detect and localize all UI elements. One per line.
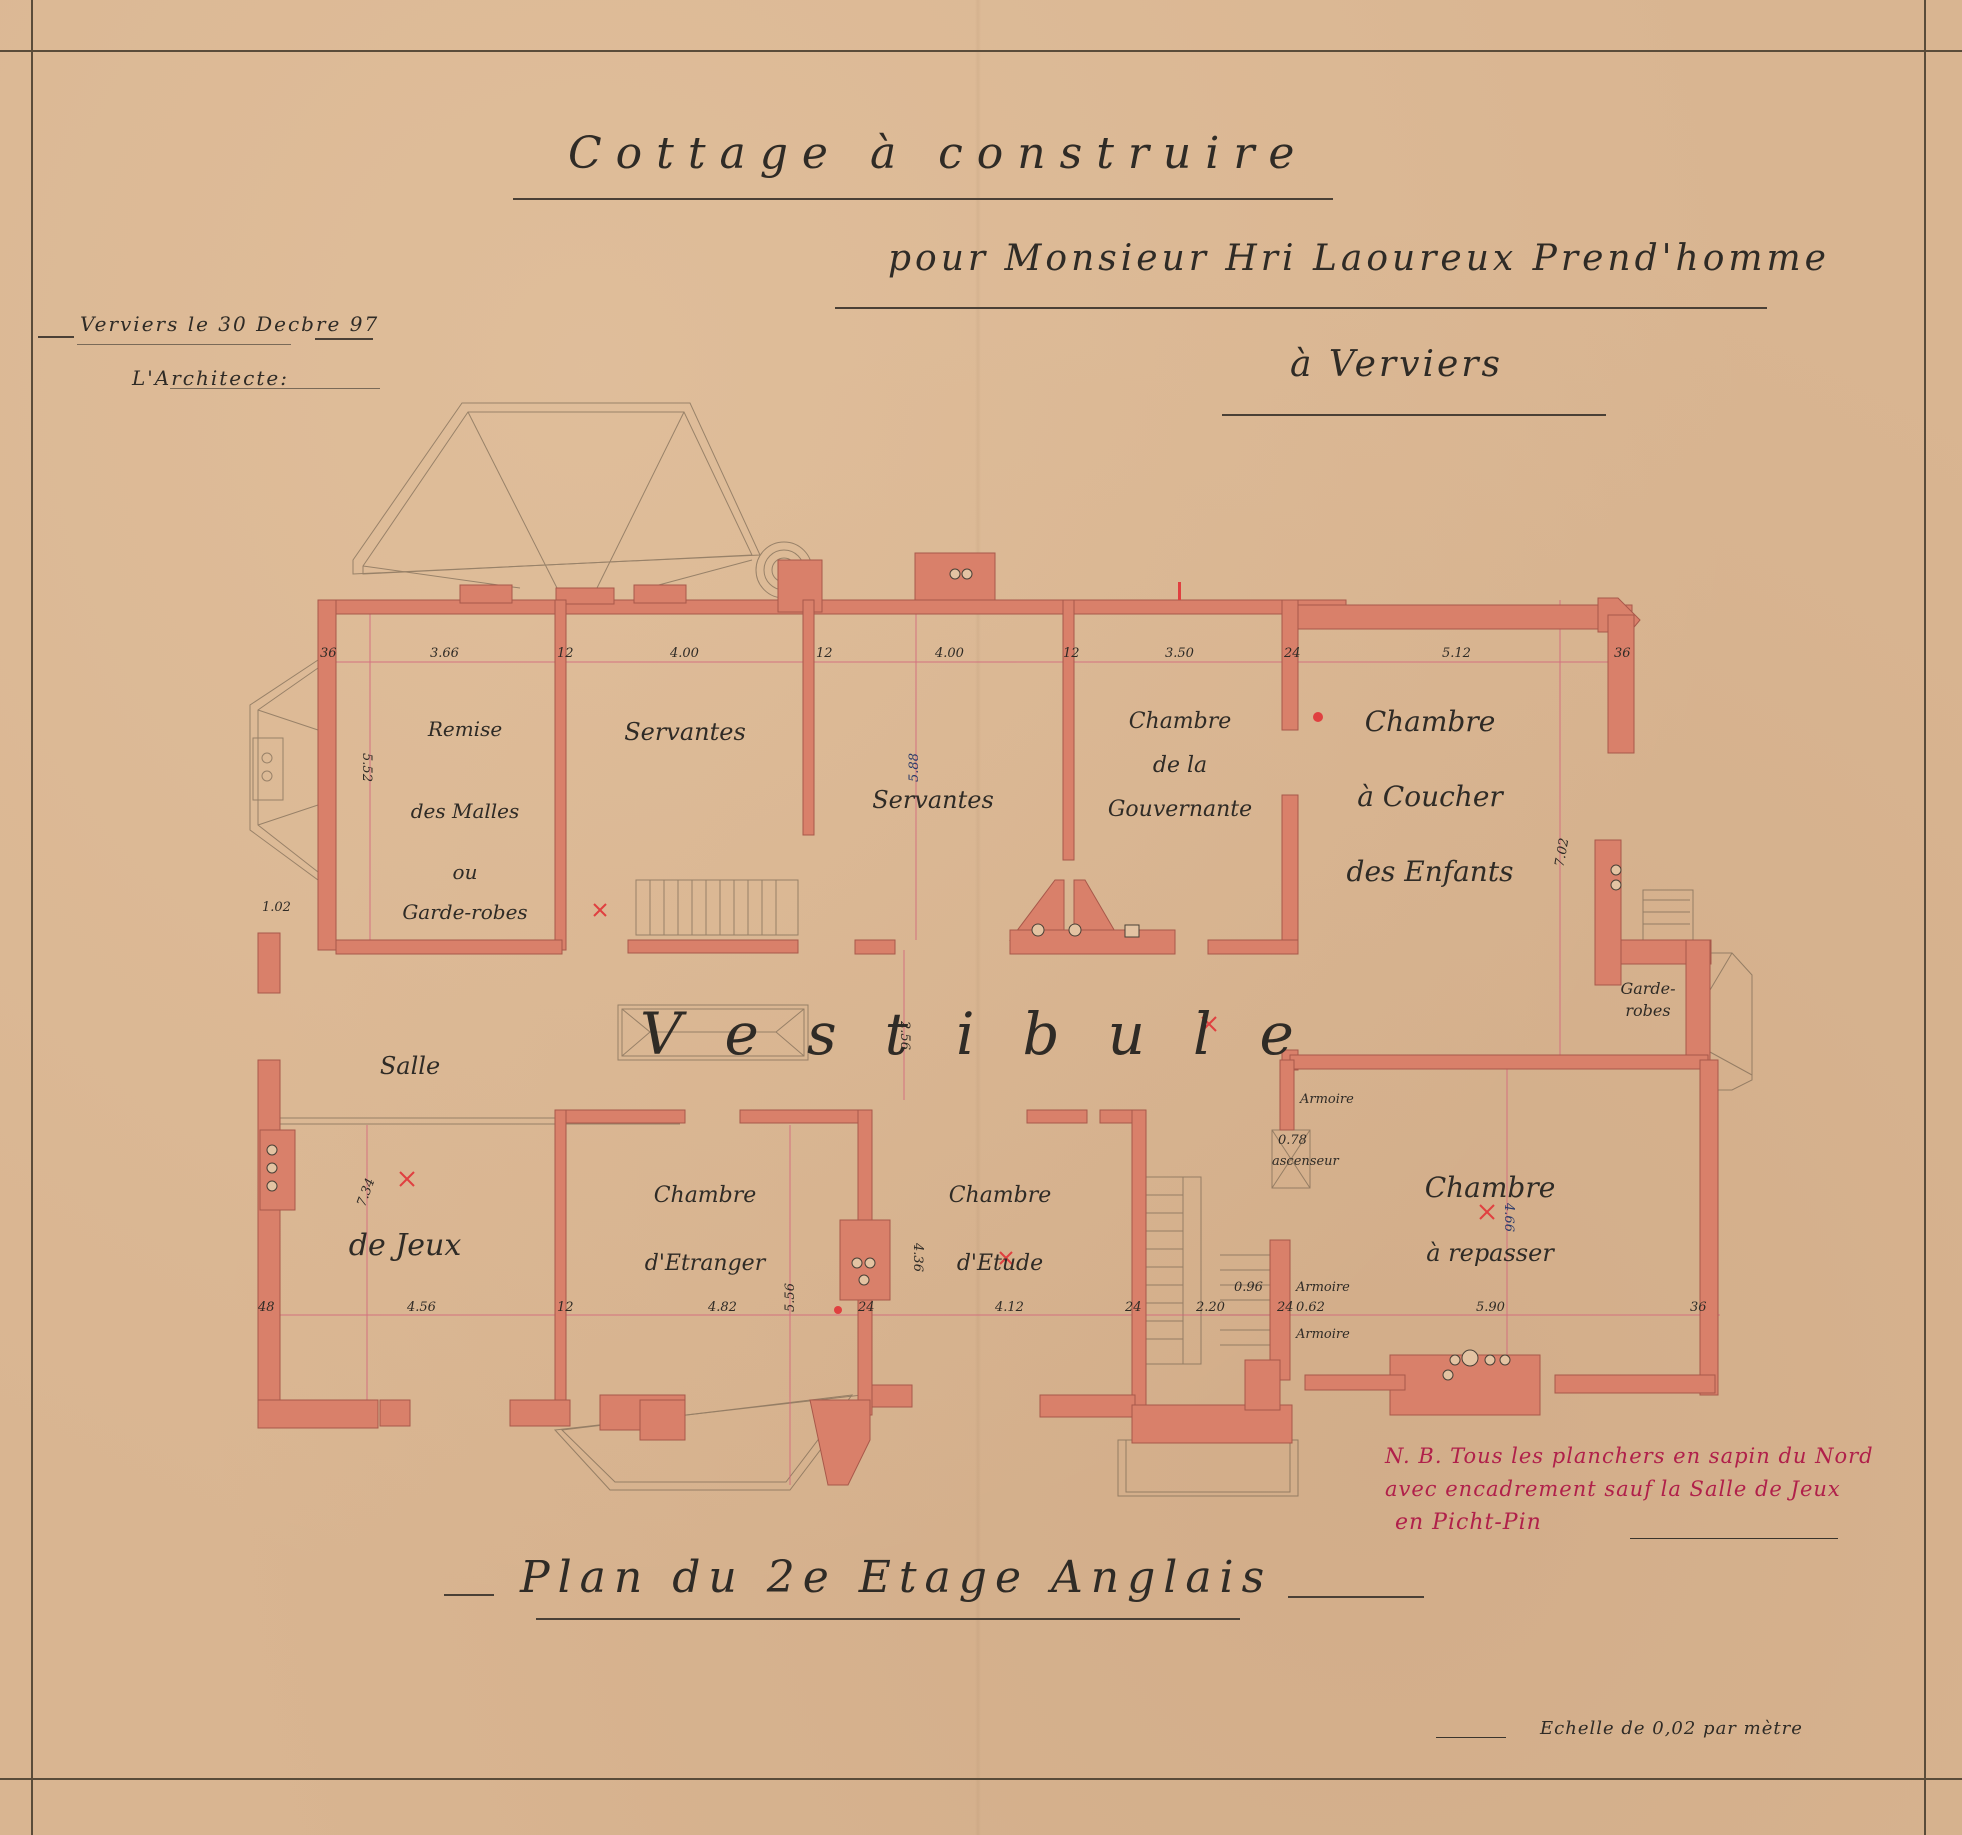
note-line-2: avec encadrement sauf la Salle de Jeux bbox=[1385, 1477, 1841, 1501]
dim-bottom-1: 4.56 bbox=[407, 1300, 436, 1315]
room-label-etude: Chambre d'Etude bbox=[915, 1178, 1085, 1314]
room-label-jeux: de Jeux bbox=[330, 1228, 480, 1263]
room-label-line: Chambre bbox=[1320, 702, 1540, 742]
room-label-garde-robes: Garde- robes bbox=[1618, 978, 1678, 1022]
dim-top-0: 36 bbox=[320, 646, 337, 661]
room-label-gouvernante: Chambre de la Gouvernante bbox=[1090, 700, 1270, 832]
dim-top-2: 12 bbox=[557, 646, 574, 661]
dim-vertical-etranger: 5.56 bbox=[783, 1283, 798, 1312]
dim-bottom-9: 0.62 bbox=[1296, 1300, 1325, 1315]
dim-bottom-2: 12 bbox=[557, 1300, 574, 1315]
room-label-line: Garde- bbox=[1618, 978, 1678, 1000]
dim-bottom-3: 4.82 bbox=[708, 1300, 737, 1315]
dim-misc-bay: 1.02 bbox=[262, 900, 291, 915]
scale-note: Echelle de 0,02 par mètre bbox=[1540, 1718, 1803, 1739]
label-armoire-2: Armoire bbox=[1296, 1280, 1350, 1295]
room-label-line: d'Etranger bbox=[620, 1214, 790, 1314]
dim-top-8: 24 bbox=[1284, 646, 1301, 661]
room-label-enfants: Chambre à Coucher des Enfants bbox=[1320, 702, 1540, 892]
room-label-line: des Enfants bbox=[1320, 852, 1540, 892]
room-label-vestibule: Vestibule bbox=[640, 1000, 1280, 1068]
dim-bottom-10: 5.90 bbox=[1476, 1300, 1505, 1315]
dim-top-3: 4.00 bbox=[670, 646, 699, 661]
note-line-3: en Picht-Pin bbox=[1395, 1510, 1542, 1535]
room-label-line: Chambre bbox=[915, 1178, 1085, 1214]
dim-top-5: 4.00 bbox=[935, 646, 964, 661]
room-label-remise: Remise des Malles ou Garde-robes bbox=[370, 688, 560, 932]
room-label-line: à repasser bbox=[1390, 1208, 1590, 1298]
dim-vertical-vestibule: 2.56 bbox=[897, 1021, 912, 1050]
dim-top-10: 36 bbox=[1614, 646, 1631, 661]
plan-title-rule-left bbox=[444, 1594, 494, 1596]
room-label-repasser: Chambre à repasser bbox=[1390, 1168, 1590, 1298]
dim-misc-stair: 0.96 bbox=[1234, 1280, 1263, 1295]
scale-rule bbox=[1436, 1737, 1506, 1738]
room-label-line: Remise bbox=[370, 688, 560, 770]
room-label-line: des Malles bbox=[370, 770, 560, 852]
note-line-1: N. B. Tous les planchers en sapin du Nor… bbox=[1385, 1444, 1874, 1468]
room-label-servantes-1: Servantes bbox=[620, 718, 750, 746]
room-label-line: à Coucher bbox=[1320, 742, 1540, 852]
room-label-line: Garde-robes bbox=[370, 892, 560, 932]
dim-bottom-6: 24 bbox=[1125, 1300, 1142, 1315]
room-label-line: Chambre bbox=[620, 1178, 790, 1214]
room-label-line: Gouvernante bbox=[1090, 788, 1270, 832]
room-label-servantes-2: Servantes bbox=[858, 786, 1008, 814]
label-armoire-1: Armoire bbox=[1300, 1092, 1354, 1107]
dim-bottom-8: 24 bbox=[1277, 1300, 1294, 1315]
dim-vertical-servantes: 5.88 bbox=[907, 753, 922, 782]
dim-top-7: 3.50 bbox=[1165, 646, 1194, 661]
note-rule bbox=[1630, 1538, 1838, 1539]
dim-vertical-remise: 5.52 bbox=[359, 753, 374, 782]
room-label-line: ou bbox=[370, 852, 560, 892]
room-label-line: Chambre bbox=[1390, 1168, 1590, 1208]
dim-vertical-repasser: 4.66 bbox=[1501, 1203, 1516, 1232]
room-label-line: de la bbox=[1090, 744, 1270, 788]
dim-top-4: 12 bbox=[816, 646, 833, 661]
plan-title-rule-right bbox=[1288, 1596, 1424, 1598]
label-ascenseur: ascenseur bbox=[1272, 1154, 1339, 1169]
room-label-line: d'Etude bbox=[915, 1214, 1085, 1314]
dim-vertical-etude: 4.36 bbox=[910, 1243, 925, 1272]
dim-top-6: 12 bbox=[1063, 646, 1080, 661]
dim-bottom-7: 2.20 bbox=[1196, 1300, 1225, 1315]
dim-bottom-4: 24 bbox=[858, 1300, 875, 1315]
dim-top-1: 3.66 bbox=[430, 646, 459, 661]
dim-top-9: 5.12 bbox=[1442, 646, 1471, 661]
room-label-etranger: Chambre d'Etranger bbox=[620, 1178, 790, 1314]
plan-title-underline bbox=[536, 1618, 1240, 1620]
dim-bottom-5: 4.12 bbox=[995, 1300, 1024, 1315]
room-label-salle: Salle bbox=[350, 1052, 470, 1080]
dim-bottom-0: 48 bbox=[258, 1300, 275, 1315]
dim-misc-lift: 0.78 bbox=[1278, 1133, 1307, 1148]
room-label-line: robes bbox=[1618, 1000, 1678, 1022]
drawing-sheet: Cottage à construire pour Monsieur Hri L… bbox=[0, 0, 1962, 1835]
plan-title: Plan du 2e Etage Anglais bbox=[520, 1552, 1272, 1603]
label-armoire-3: Armoire bbox=[1296, 1327, 1350, 1342]
room-label-line: Chambre bbox=[1090, 700, 1270, 744]
dim-bottom-11: 36 bbox=[1690, 1300, 1707, 1315]
